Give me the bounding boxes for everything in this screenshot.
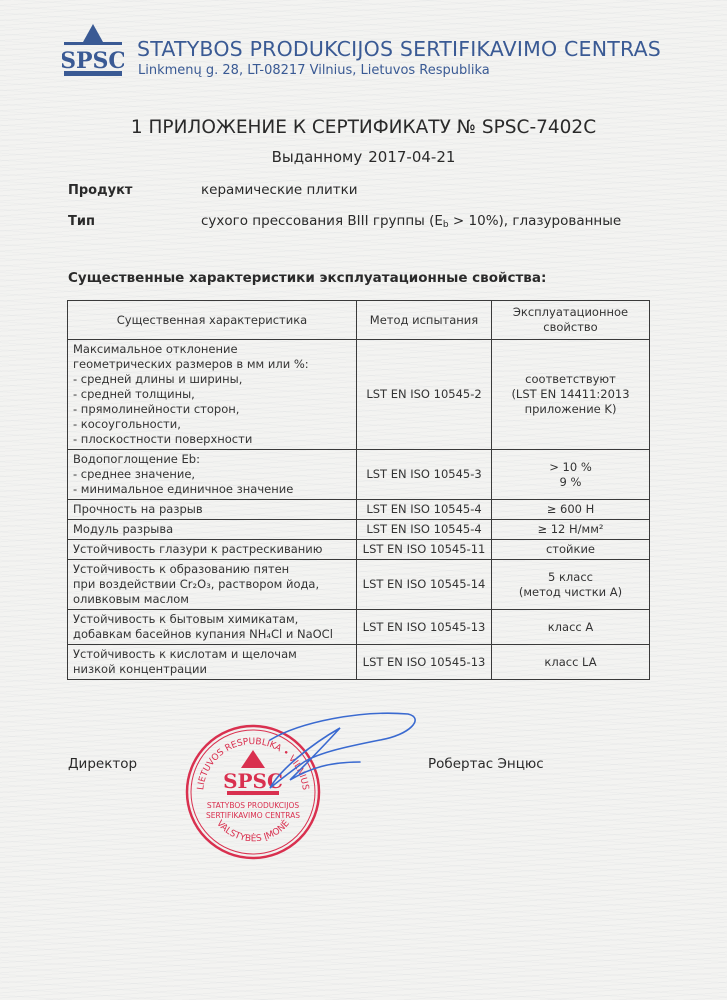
signer-name: Робертас Энцюс xyxy=(428,756,544,772)
cell-property: 5 класс(метод чистки A) xyxy=(492,560,650,610)
cell-method: LST EN ISO 10545-14 xyxy=(357,560,492,610)
cell-characteristic-line: Водопоглощение Eb: xyxy=(73,452,351,467)
organization-address: Linkmenų g. 28, LT-08217 Vilnius, Lietuv… xyxy=(138,63,490,78)
document-title: 1 ПРИЛОЖЕНИЕ К СЕРТИФИКАТУ № SPSC-7402C xyxy=(0,117,727,138)
cell-method-line: LST EN ISO 10545-4 xyxy=(362,502,486,517)
cell-property: ≥ 600 H xyxy=(492,500,650,520)
cell-characteristic-line: Прочность на разрыв xyxy=(73,502,351,517)
table-row: Устойчивость к образованию пятенпри возд… xyxy=(68,560,650,610)
spsc-logo: SPSC xyxy=(62,22,124,78)
header-property: Эксплуатационное свойство xyxy=(492,301,650,340)
cell-property-line: класс LA xyxy=(497,655,644,670)
svg-text:SPSC: SPSC xyxy=(62,48,124,74)
cell-characteristic-line: геометрических размеров в мм или %: xyxy=(73,357,351,372)
section-title: Существенные характеристики эксплуатацио… xyxy=(68,270,546,286)
cell-property-line: приложение K) xyxy=(497,402,644,417)
cell-characteristic-line: Устойчивость к бытовым химикатам, xyxy=(73,612,351,627)
cell-characteristic-line: Устойчивость к образованию пятен xyxy=(73,562,351,577)
cell-property-line: стойкие xyxy=(497,542,644,557)
cell-property: > 10 %9 % xyxy=(492,450,650,500)
cell-property-line: ≥ 12 H/мм² xyxy=(497,522,644,537)
cell-method: LST EN ISO 10545-2 xyxy=(357,340,492,450)
cell-characteristic: Максимальное отклонениегеометрических ра… xyxy=(68,340,357,450)
cell-property: ≥ 12 H/мм² xyxy=(492,520,650,540)
cell-property-line: класс A xyxy=(497,620,644,635)
cell-characteristic-line: - плоскостности поверхности xyxy=(73,432,351,447)
cell-method-line: LST EN ISO 10545-4 xyxy=(362,522,486,537)
cell-method: LST EN ISO 10545-4 xyxy=(357,500,492,520)
cell-characteristic: Водопоглощение Eb:- среднее значение,- м… xyxy=(68,450,357,500)
cell-characteristic-line: оливковым маслом xyxy=(73,592,351,607)
issued-label: Выданному xyxy=(272,148,363,166)
product-label: Продукт xyxy=(68,183,132,198)
svg-text:VALSTYBĖS ĮMONĖ: VALSTYBĖS ĮMONĖ xyxy=(214,818,292,844)
type-label: Тип xyxy=(68,214,95,229)
cell-characteristic-line: при воздействии Cr₂O₃, раствором йода, xyxy=(73,577,351,592)
handwritten-signature xyxy=(240,700,420,810)
cell-property-line: соответствуют xyxy=(497,372,644,387)
cell-method: LST EN ISO 10545-13 xyxy=(357,610,492,645)
cell-method-line: LST EN ISO 10545-13 xyxy=(362,620,486,635)
cell-property-line: (метод чистки A) xyxy=(497,585,644,600)
table-row: Водопоглощение Eb:- среднее значение,- м… xyxy=(68,450,650,500)
table-row: Модуль разрываLST EN ISO 10545-4≥ 12 H/м… xyxy=(68,520,650,540)
table-row: Прочность на разрывLST EN ISO 10545-4≥ 6… xyxy=(68,500,650,520)
cell-method-line: LST EN ISO 10545-3 xyxy=(362,467,486,482)
table-body: Максимальное отклонениегеометрических ра… xyxy=(68,340,650,680)
table-header-row: Существенная характеристика Метод испыта… xyxy=(68,301,650,340)
cell-property: соответствуют(LST EN 14411:2013приложени… xyxy=(492,340,650,450)
cell-characteristic: Устойчивость к бытовым химикатам,добавка… xyxy=(68,610,357,645)
cell-characteristic-line: - минимальное единичное значение xyxy=(73,482,351,497)
table-row: Устойчивость глазури к растрескиваниюLST… xyxy=(68,540,650,560)
cell-characteristic: Устойчивость к образованию пятенпри возд… xyxy=(68,560,357,610)
cell-characteristic-line: - средней толщины, xyxy=(73,387,351,402)
logo-triangle-icon xyxy=(83,24,103,42)
table-row: Устойчивость к бытовым химикатам,добавка… xyxy=(68,610,650,645)
cell-property: стойкие xyxy=(492,540,650,560)
cell-characteristic: Устойчивость к кислотам и щелочамнизкой … xyxy=(68,645,357,680)
cell-method-line: LST EN ISO 10545-14 xyxy=(362,577,486,592)
cell-characteristic-line: добавкам басейнов купания NH₄Cl и NaOCl xyxy=(73,627,351,642)
header-characteristic: Существенная характеристика xyxy=(68,301,357,340)
organization-name: STATYBOS PRODUKCIJOS SERTIFIKAVIMO CENTR… xyxy=(137,37,661,61)
cell-method-line: LST EN ISO 10545-2 xyxy=(362,387,486,402)
issued-line: Выданному2017-04-21 xyxy=(0,148,727,166)
cell-method-line: LST EN ISO 10545-11 xyxy=(362,542,486,557)
cell-characteristic: Устойчивость глазури к растрескиванию xyxy=(68,540,357,560)
cell-property-line: (LST EN 14411:2013 xyxy=(497,387,644,402)
cell-characteristic-line: Устойчивость к кислотам и щелочам xyxy=(73,647,351,662)
type-value: сухого прессования BIII группы (Eb > 10%… xyxy=(201,213,621,230)
cell-characteristic: Модуль разрыва xyxy=(68,520,357,540)
director-label: Директор xyxy=(68,756,137,772)
cell-characteristic-line: Модуль разрыва xyxy=(73,522,351,537)
svg-text:SERTIFIKAVIMO CENTRAS: SERTIFIKAVIMO CENTRAS xyxy=(206,811,300,820)
header-method: Метод испытания xyxy=(357,301,492,340)
table-row: Максимальное отклонениегеометрических ра… xyxy=(68,340,650,450)
issued-date: 2017-04-21 xyxy=(368,148,455,166)
cell-characteristic-line: Устойчивость глазури к растрескиванию xyxy=(73,542,351,557)
cell-method: LST EN ISO 10545-4 xyxy=(357,520,492,540)
table-row: Устойчивость к кислотам и щелочамнизкой … xyxy=(68,645,650,680)
cell-method-line: LST EN ISO 10545-13 xyxy=(362,655,486,670)
cell-property-line: > 10 % xyxy=(497,460,644,475)
cell-property-line: ≥ 600 H xyxy=(497,502,644,517)
cell-method: LST EN ISO 10545-11 xyxy=(357,540,492,560)
cell-property: класс LA xyxy=(492,645,650,680)
cell-method: LST EN ISO 10545-13 xyxy=(357,645,492,680)
cell-property-line: 5 класс xyxy=(497,570,644,585)
cell-characteristic: Прочность на разрыв xyxy=(68,500,357,520)
cell-characteristic-line: Максимальное отклонение xyxy=(73,342,351,357)
cell-characteristic-line: низкой концентрации xyxy=(73,662,351,677)
cell-property-line: 9 % xyxy=(497,475,644,490)
cell-property: класс A xyxy=(492,610,650,645)
cell-characteristic-line: - косоугольности, xyxy=(73,417,351,432)
properties-table: Существенная характеристика Метод испыта… xyxy=(67,300,650,680)
cell-method: LST EN ISO 10545-3 xyxy=(357,450,492,500)
cell-characteristic-line: - прямолинейности сторон, xyxy=(73,402,351,417)
cell-characteristic-line: - средней длины и ширины, xyxy=(73,372,351,387)
product-value: керамические плитки xyxy=(201,182,358,198)
cell-characteristic-line: - среднее значение, xyxy=(73,467,351,482)
